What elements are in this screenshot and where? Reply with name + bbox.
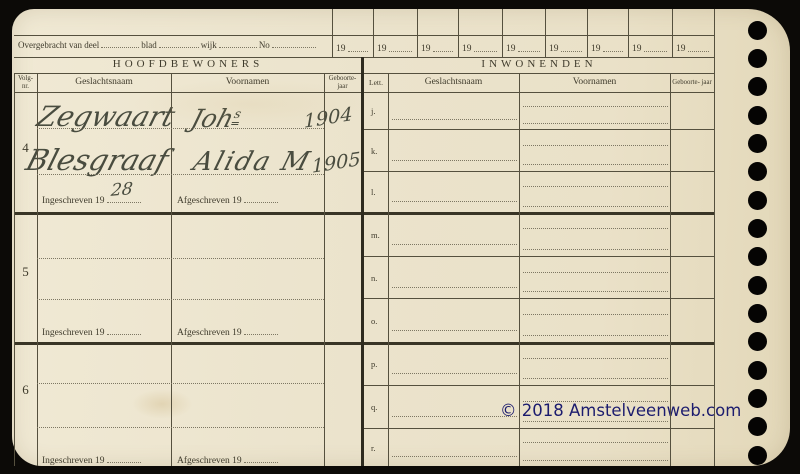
binder-hole <box>748 276 767 295</box>
year-cell: 19 <box>377 38 412 54</box>
dotted-writing-line <box>523 164 668 165</box>
rule-line <box>545 9 546 57</box>
binder-hole <box>748 134 767 153</box>
year-cell: 19 <box>421 38 453 54</box>
ingeschreven-text: Ingeschreven 19 <box>42 328 105 338</box>
dotted-writing-line <box>523 145 668 146</box>
inwonenden-row: j. <box>364 93 714 130</box>
column-header-letter: Lett. <box>364 73 388 92</box>
dotted-writing-line <box>392 456 517 457</box>
inwonenden-row: m. <box>364 213 714 257</box>
binder-hole <box>748 389 767 408</box>
year-cell-label: 19 <box>676 44 686 54</box>
dotted-writing-line <box>523 421 668 422</box>
dotted-leader <box>159 38 199 48</box>
dotted-writing-line <box>523 378 668 379</box>
dotted-writing-line <box>523 272 668 273</box>
letter-label: n. <box>371 273 377 283</box>
binder-hole <box>748 106 767 125</box>
year-cell: 19 <box>506 38 540 54</box>
dotted-leader <box>107 453 141 463</box>
dotted-leader <box>644 51 668 52</box>
ingeschreven-label: Ingeschreven 19 <box>42 193 143 206</box>
dotted-leader <box>244 325 278 335</box>
year-cell-label: 19 <box>591 44 601 54</box>
afgeschreven-label: Afgeschreven 19 <box>177 453 280 466</box>
dotted-leader <box>101 38 139 48</box>
rule-line <box>373 9 374 57</box>
afgeschreven-label: Afgeschreven 19 <box>177 325 280 338</box>
column-header-firstnames-right: Voornamen <box>519 73 670 92</box>
binder-hole <box>748 332 767 351</box>
binder-hole <box>748 49 767 68</box>
dotted-writing-line <box>523 106 668 107</box>
scanned-card-photo: Overgebracht van deelbladwijkNo HOOFDBEW… <box>0 0 800 474</box>
dotted-leader <box>107 193 141 203</box>
registration-line: Ingeschreven 19 Afgeschreven 19 <box>14 325 361 341</box>
rule-line <box>37 73 38 466</box>
rule-line <box>14 73 714 74</box>
dotted-writing-line <box>37 383 324 384</box>
dotted-leader <box>348 51 369 52</box>
rule-line <box>332 9 333 57</box>
rule-line <box>628 9 629 57</box>
binder-hole <box>748 162 767 181</box>
column-header-surname-right: Geslachtsnaam <box>388 73 519 92</box>
binder-hole <box>748 304 767 323</box>
dotted-leader <box>219 38 257 48</box>
ingeschreven-text: Ingeschreven 19 <box>42 196 105 206</box>
dotted-writing-line <box>392 201 517 202</box>
letter-label: k. <box>371 146 377 156</box>
handwritten-firstnames: Alida M <box>190 149 314 175</box>
rule-line <box>714 9 715 466</box>
binder-hole <box>748 361 767 380</box>
year-cell-label: 19 <box>377 44 387 54</box>
column-header-birthyear-right: Geboorte- jaar <box>670 73 714 92</box>
afgeschreven-text: Afgeschreven 19 <box>177 456 242 466</box>
dotted-writing-line <box>392 287 517 288</box>
rule-line <box>14 35 714 36</box>
year-cell: 19 <box>462 38 497 54</box>
year-cell: 19 <box>676 38 709 54</box>
dotted-leader <box>272 38 316 48</box>
rule-line <box>14 57 714 58</box>
column-header-surname-left: Geslachtsnaam <box>37 73 171 92</box>
ingeschreven-text: Ingeschreven 19 <box>42 456 105 466</box>
dotted-leader <box>244 193 278 203</box>
ingeschreven-label: Ingeschreven 19 <box>42 325 143 338</box>
rule-line <box>502 9 503 57</box>
register-card: Overgebracht van deelbladwijkNo HOOFDBEW… <box>12 9 790 466</box>
dotted-writing-line <box>523 335 668 336</box>
registration-line: Ingeschreven 19 Afgeschreven 19 <box>14 453 361 469</box>
rule-line <box>458 9 459 57</box>
letter-label: q. <box>371 402 377 412</box>
binder-hole <box>748 77 767 96</box>
dotted-writing-line <box>523 186 668 187</box>
dotted-writing-line <box>392 119 517 120</box>
dotted-leader <box>518 51 541 52</box>
binder-hole <box>748 417 767 436</box>
dotted-leader <box>107 325 141 335</box>
year-cell-label: 19 <box>462 44 472 54</box>
column-header-firstnames-left: Voornamen <box>171 73 324 92</box>
hoofdbewoners-row: 6 Ingeschreven 19 Afgeschreven 19 <box>14 343 361 464</box>
letter-label: o. <box>371 316 377 326</box>
ingeschreven-label: Ingeschreven 19 <box>42 453 143 466</box>
letter-label: l. <box>371 187 376 197</box>
year-cell: 19 <box>591 38 623 54</box>
letter-label: p. <box>371 359 377 369</box>
inwonenden-row: n. <box>364 257 714 299</box>
dotted-leader <box>389 51 413 52</box>
dotted-writing-line <box>523 358 668 359</box>
dotted-leader <box>561 51 583 52</box>
section-title-inwonenden: INWONENDEN <box>364 58 714 73</box>
year-cell-label: 19 <box>632 44 642 54</box>
inwonenden-row: r. <box>364 429 714 466</box>
letter-label: j. <box>371 106 376 116</box>
rule-line <box>417 9 418 57</box>
binder-hole <box>748 21 767 40</box>
handwritten-birthyear: 1905 <box>312 150 361 176</box>
inwonenden-row: o. <box>364 299 714 342</box>
rule-line <box>171 73 172 466</box>
afgeschreven-text: Afgeschreven 19 <box>177 328 242 338</box>
dotted-writing-line <box>523 206 668 207</box>
dotted-writing-line <box>392 244 517 245</box>
binder-hole <box>748 247 767 266</box>
year-cell: 19 <box>336 38 368 54</box>
year-cell-label: 19 <box>506 44 516 54</box>
year-cell-label: 19 <box>549 44 559 54</box>
column-header-volgnr: Volg- nr. <box>14 73 37 92</box>
inwonenden-row: q. <box>364 386 714 429</box>
dotted-leader <box>244 453 278 463</box>
letter-label: r. <box>371 443 376 453</box>
rule-line <box>14 73 15 466</box>
transfer-label-no: No <box>259 40 270 50</box>
dotted-writing-line <box>392 373 517 374</box>
binder-hole <box>748 191 767 210</box>
afgeschreven-label: Afgeschreven 19 <box>177 193 280 206</box>
dotted-leader <box>433 51 454 52</box>
dotted-writing-line <box>523 401 668 402</box>
dotted-writing-line <box>523 228 668 229</box>
dotted-writing-line <box>523 249 668 250</box>
inwonenden-row: l. <box>364 172 714 212</box>
dotted-leader <box>603 51 624 52</box>
dotted-writing-line <box>523 314 668 315</box>
binder-hole <box>748 219 767 238</box>
year-cell-label: 19 <box>336 44 346 54</box>
dotted-writing-line <box>37 128 324 129</box>
dotted-writing-line <box>392 416 517 417</box>
dotted-writing-line <box>37 258 324 259</box>
transfer-label-deel: Overgebracht van deel <box>18 40 99 50</box>
year-cell: 19 <box>549 38 582 54</box>
dotted-writing-line <box>523 291 668 292</box>
afgeschreven-text: Afgeschreven 19 <box>177 196 242 206</box>
dotted-writing-line <box>37 427 324 428</box>
handwritten-surname: Blesgraaf <box>23 146 172 175</box>
dotted-leader <box>474 51 498 52</box>
column-header-birthyear-left: Geboorte- jaar <box>324 73 361 92</box>
binder-hole <box>748 446 767 465</box>
section-title-hoofdbewoners: HOOFDBEWONERS <box>14 58 362 73</box>
handwritten-surname: Zegwaart <box>34 103 178 131</box>
dotted-writing-line <box>392 160 517 161</box>
transfer-label-blad: blad <box>141 40 157 50</box>
dotted-writing-line <box>523 123 668 124</box>
volgnr-value: 6 <box>14 382 37 398</box>
dotted-writing-line <box>37 174 324 175</box>
rule-line <box>587 9 588 57</box>
dotted-leader <box>688 51 710 52</box>
rule-line <box>672 9 673 57</box>
rule-line <box>324 73 325 466</box>
inwonenden-row: p. <box>364 343 714 386</box>
volgnr-value: 5 <box>14 264 37 280</box>
dotted-writing-line <box>37 299 324 300</box>
year-cell-label: 19 <box>421 44 431 54</box>
hoofdbewoners-row: 5 Ingeschreven 19 Afgeschreven 19 <box>14 213 361 342</box>
year-cell: 19 <box>632 38 667 54</box>
inwonenden-row: k. <box>364 130 714 172</box>
transfer-row: Overgebracht van deelbladwijkNo <box>18 38 330 50</box>
letter-label: m. <box>371 230 380 240</box>
dotted-writing-line <box>523 460 668 461</box>
registration-line: Ingeschreven 19 Afgeschreven 19 <box>14 193 361 209</box>
transfer-label-wijk: wijk <box>201 40 217 50</box>
hoofdbewoners-row: 4 Zegwaart Johs 1904 Blesgraaf Alida M 1… <box>14 93 361 212</box>
dotted-writing-line <box>392 330 517 331</box>
dotted-writing-line <box>523 442 668 443</box>
